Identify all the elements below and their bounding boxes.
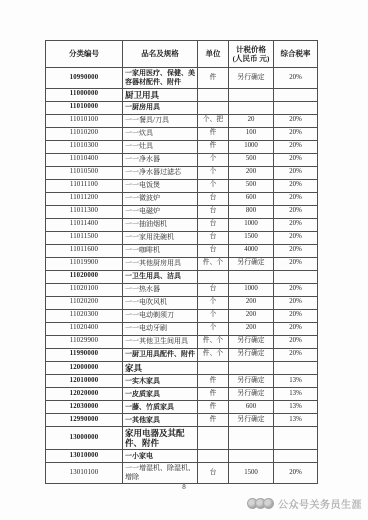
unit-cell: 台: [198, 283, 229, 296]
table-row: 11011100 一一电饭煲 个 500 20%: [46, 179, 318, 192]
name-cell: 一一微波炉: [123, 192, 198, 205]
price-cell: 800: [229, 205, 274, 218]
unit-cell: 个、把: [198, 114, 229, 127]
unit-cell: 个: [198, 153, 229, 166]
name-cell: 一一净水器过滤芯: [123, 166, 198, 179]
unit-cell: 台: [198, 244, 229, 257]
code-cell: 11010200: [46, 127, 123, 140]
rate-cell: [274, 101, 318, 114]
code-cell: 11011500: [46, 231, 123, 244]
price-cell: 200: [229, 309, 274, 322]
table-row: 11020100 一一热水器 台 1000 20%: [46, 283, 318, 296]
name-cell: 一小家电: [123, 450, 198, 463]
wechat-badges-icon: [247, 498, 274, 509]
name-cell: 一一抽油烟机: [123, 218, 198, 231]
rate-cell: 13%: [274, 387, 318, 400]
price-cell: 另行确定: [229, 68, 274, 89]
rate-cell: [274, 426, 318, 449]
price-cell: 200: [229, 322, 274, 335]
table-row: 11011500 一一家用洗碗机 台 1500 20%: [46, 231, 318, 244]
price-cell: 另行确定: [229, 374, 274, 387]
unit-cell: 件: [198, 68, 229, 89]
name-cell: 一一餐具/刀具: [123, 114, 198, 127]
rate-cell: 20%: [274, 231, 318, 244]
code-cell: 12020000: [46, 387, 123, 400]
table-row: 11011400 一一抽油烟机 台 1000 20%: [46, 218, 318, 231]
rate-cell: 13%: [274, 400, 318, 413]
code-cell: 11011200: [46, 192, 123, 205]
unit-cell: 个: [198, 179, 229, 192]
code-cell: 11010400: [46, 153, 123, 166]
unit-cell: 个: [198, 166, 229, 179]
code-cell: 11011300: [46, 205, 123, 218]
price-cell: 另行确定: [229, 335, 274, 348]
unit-cell: [198, 101, 229, 114]
code-cell: 11019900: [46, 257, 123, 270]
rate-cell: 20%: [274, 296, 318, 309]
name-cell: 一厨房用具: [123, 101, 198, 114]
rate-cell: 20%: [274, 322, 318, 335]
table-row: 11020200 一一电吹风机 个 200 20%: [46, 296, 318, 309]
rate-cell: 20%: [274, 179, 318, 192]
table-row: 12000000 家具: [46, 361, 318, 374]
table-row: 13010100 一一增湿机、除湿机、增除 台 1500 20%: [46, 463, 318, 484]
rate-cell: 20%: [274, 205, 318, 218]
unit-cell: 件、个: [198, 257, 229, 270]
unit-cell: 件: [198, 400, 229, 413]
name-cell: 一一热水器: [123, 283, 198, 296]
rate-cell: 20%: [274, 218, 318, 231]
table-row: 11011600 一一咖啡机 台 4000 20%: [46, 244, 318, 257]
name-cell: 一一电动牙刷: [123, 322, 198, 335]
document-page: 分类编号 品名及规格 单位 计税价格 (人民币 元) 综合税率 10990000…: [0, 0, 368, 520]
table-row: 12030000 一藤、竹质家具 件 600 13%: [46, 400, 318, 413]
rate-cell: 20%: [274, 127, 318, 140]
code-cell: 11010500: [46, 166, 123, 179]
price-cell: 4000: [229, 244, 274, 257]
price-cell: [229, 450, 274, 463]
unit-cell: 个: [198, 296, 229, 309]
tax-classification-table: 分类编号 品名及规格 单位 计税价格 (人民币 元) 综合税率 10990000…: [45, 40, 318, 484]
price-cell: 200: [229, 296, 274, 309]
table-row: 13010000 一小家电: [46, 450, 318, 463]
name-cell: 一一电吹风机: [123, 296, 198, 309]
table-row: 12020000 一皮质家具 件 另行确定 13%: [46, 387, 318, 400]
code-cell: 11010100: [46, 114, 123, 127]
name-cell: 一一其他卫生间用具: [123, 335, 198, 348]
name-cell: 一一其他厨房用具: [123, 257, 198, 270]
code-cell: 11029900: [46, 335, 123, 348]
table-row: 10990000 一家用医疗、保健、美容器材配件、附件 件 另行确定 20%: [46, 68, 318, 89]
price-cell: [229, 361, 274, 374]
table-row: 11011300 一一电磁炉 台 800 20%: [46, 205, 318, 218]
rate-cell: [274, 270, 318, 283]
unit-cell: 件: [198, 374, 229, 387]
name-cell: 家具: [123, 361, 198, 374]
rate-cell: 20%: [274, 463, 318, 484]
watermark: 公众号关务员生涯: [247, 496, 362, 511]
watermark-text: 公众号关务员生涯: [278, 496, 362, 511]
header-unit: 单位: [198, 41, 229, 68]
header-rate: 综合税率: [274, 41, 318, 68]
table-row: 12010000 一实木家具 件 另行确定 13%: [46, 374, 318, 387]
header-name: 品名及规格: [123, 41, 198, 68]
rate-cell: [274, 88, 318, 101]
code-cell: 11010300: [46, 140, 123, 153]
rate-cell: 20%: [274, 192, 318, 205]
rate-cell: 20%: [274, 68, 318, 89]
price-cell: 100: [229, 127, 274, 140]
table-row: 11010400 一一净水器 个 500 20%: [46, 153, 318, 166]
name-cell: 一一电动剃须刀: [123, 309, 198, 322]
price-cell: 1000: [229, 218, 274, 231]
table-header: 分类编号 品名及规格 单位 计税价格 (人民币 元) 综合税率: [46, 41, 318, 68]
price-cell: [229, 270, 274, 283]
page-number: 8: [0, 483, 368, 491]
unit-cell: 件: [198, 387, 229, 400]
name-cell: 一其他家具: [123, 413, 198, 426]
unit-cell: 件: [198, 413, 229, 426]
name-cell: 一厨卫用具配件、附件: [123, 348, 198, 361]
price-cell: 600: [229, 192, 274, 205]
unit-cell: 件: [198, 140, 229, 153]
rate-cell: 20%: [274, 283, 318, 296]
price-cell: 另行确定: [229, 387, 274, 400]
table-row: 11010500 一一净水器过滤芯 个 200 20%: [46, 166, 318, 179]
code-cell: 12000000: [46, 361, 123, 374]
unit-cell: 台: [198, 231, 229, 244]
name-cell: 一一电磁炉: [123, 205, 198, 218]
rate-cell: 20%: [274, 153, 318, 166]
code-cell: 11011400: [46, 218, 123, 231]
unit-cell: 个: [198, 322, 229, 335]
unit-cell: [198, 270, 229, 283]
unit-cell: 件: [198, 127, 229, 140]
price-cell: 20: [229, 114, 274, 127]
table-row: 11019900 一一其他厨房用具 件、个 另行确定 20%: [46, 257, 318, 270]
code-cell: 13010000: [46, 450, 123, 463]
code-cell: 13000000: [46, 426, 123, 449]
rate-cell: 20%: [274, 140, 318, 153]
price-cell: 1000: [229, 283, 274, 296]
code-cell: 12030000: [46, 400, 123, 413]
code-cell: 12990000: [46, 413, 123, 426]
code-cell: 10990000: [46, 68, 123, 89]
table-row: 11020400 一一电动牙刷 个 200 20%: [46, 322, 318, 335]
table-row: 11990000 一厨卫用具配件、附件 件、个 另行确定 20%: [46, 348, 318, 361]
header-row: 分类编号 品名及规格 单位 计税价格 (人民币 元) 综合税率: [46, 41, 318, 68]
price-cell: 1000: [229, 140, 274, 153]
rate-cell: 20%: [274, 257, 318, 270]
price-cell: 另行确定: [229, 257, 274, 270]
table-row: 12990000 一其他家具 件 另行确定 13%: [46, 413, 318, 426]
price-cell: 另行确定: [229, 413, 274, 426]
rate-cell: 20%: [274, 335, 318, 348]
table-row: 11010300 一一灶具 件 1000 20%: [46, 140, 318, 153]
name-cell: 一家用医疗、保健、美容器材配件、附件: [123, 68, 198, 89]
rate-cell: 13%: [274, 413, 318, 426]
code-cell: 12010000: [46, 374, 123, 387]
name-cell: 厨卫用具: [123, 88, 198, 101]
price-cell: [229, 426, 274, 449]
table-row: 11020000 一卫生用具、洁具: [46, 270, 318, 283]
code-cell: 11020400: [46, 322, 123, 335]
rate-cell: 20%: [274, 166, 318, 179]
unit-cell: 台: [198, 205, 229, 218]
name-cell: 一卫生用具、洁具: [123, 270, 198, 283]
price-cell: 500: [229, 179, 274, 192]
rate-cell: 13%: [274, 374, 318, 387]
unit-cell: 台: [198, 218, 229, 231]
unit-cell: [198, 88, 229, 101]
price-cell: [229, 101, 274, 114]
price-cell: [229, 88, 274, 101]
header-price: 计税价格 (人民币 元): [229, 41, 274, 68]
code-cell: 11020100: [46, 283, 123, 296]
price-cell: 另行确定: [229, 348, 274, 361]
name-cell: 一藤、竹质家具: [123, 400, 198, 413]
code-cell: 11000000: [46, 88, 123, 101]
name-cell: 一一咖啡机: [123, 244, 198, 257]
name-cell: 一一净水器: [123, 153, 198, 166]
unit-cell: 件、个: [198, 348, 229, 361]
code-cell: 11020200: [46, 296, 123, 309]
unit-cell: [198, 361, 229, 374]
code-cell: 11011600: [46, 244, 123, 257]
price-cell: 1500: [229, 463, 274, 484]
unit-cell: 台: [198, 463, 229, 484]
rate-cell: [274, 361, 318, 374]
price-cell: 200: [229, 166, 274, 179]
name-cell: 一一电饭煲: [123, 179, 198, 192]
name-cell: 一一炊具: [123, 127, 198, 140]
rate-cell: 20%: [274, 114, 318, 127]
name-cell: 一一增湿机、除湿机、增除: [123, 463, 198, 484]
code-cell: 11010000: [46, 101, 123, 114]
unit-cell: [198, 450, 229, 463]
unit-cell: 个: [198, 309, 229, 322]
rate-cell: 20%: [274, 244, 318, 257]
name-cell: 一皮质家具: [123, 387, 198, 400]
code-cell: 11990000: [46, 348, 123, 361]
name-cell: 家用电器及其配件、附件: [123, 426, 198, 449]
code-cell: 11020000: [46, 270, 123, 283]
unit-cell: [198, 426, 229, 449]
price-cell: 500: [229, 153, 274, 166]
table-row: 11029900 一一其他卫生间用具 件、个 另行确定 20%: [46, 335, 318, 348]
price-cell: 1500: [229, 231, 274, 244]
table-row: 13000000 家用电器及其配件、附件: [46, 426, 318, 449]
table-row: 11010100 一一餐具/刀具 个、把 20 20%: [46, 114, 318, 127]
table-row: 11020300 一一电动剃须刀 个 200 20%: [46, 309, 318, 322]
unit-cell: 件、个: [198, 335, 229, 348]
table-row: 11011200 一一微波炉 台 600 20%: [46, 192, 318, 205]
name-cell: 一实木家具: [123, 374, 198, 387]
code-cell: 11020300: [46, 309, 123, 322]
name-cell: 一一家用洗碗机: [123, 231, 198, 244]
table-row: 11010000 一厨房用具: [46, 101, 318, 114]
rate-cell: 20%: [274, 309, 318, 322]
rate-cell: [274, 450, 318, 463]
table-row: 11010200 一一炊具 件 100 20%: [46, 127, 318, 140]
rate-cell: 20%: [274, 348, 318, 361]
unit-cell: 台: [198, 192, 229, 205]
header-code: 分类编号: [46, 41, 123, 68]
code-cell: 11011100: [46, 179, 123, 192]
code-cell: 13010100: [46, 463, 123, 484]
name-cell: 一一灶具: [123, 140, 198, 153]
table-body: 10990000 一家用医疗、保健、美容器材配件、附件 件 另行确定 20% 1…: [46, 68, 318, 484]
price-cell: 600: [229, 400, 274, 413]
table-row: 11000000 厨卫用具: [46, 88, 318, 101]
